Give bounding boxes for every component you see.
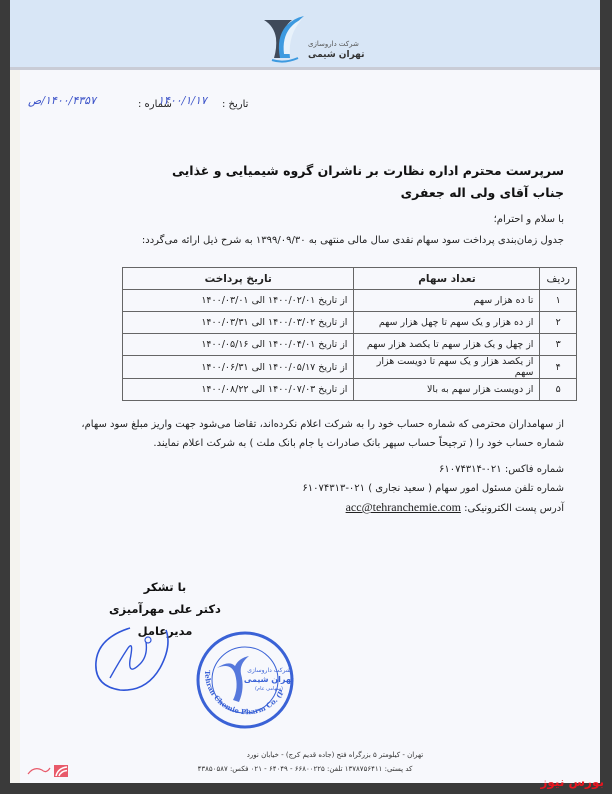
svg-text:تهران شیمی: تهران شیمی [244, 675, 294, 684]
fax-number: شماره فاکس: ۰۲۱-۶۱۰۷۴۳۱۴ [302, 460, 564, 479]
letter-meta: ۱۴۰۰/۴۳۵۷/ص شماره : ۱۴۰۰/۱/۱۷ تاریخ : [10, 94, 600, 118]
letter-date-label: تاریخ : [222, 99, 248, 110]
company-name-small: شرکت داروسازی [308, 40, 388, 48]
table-row: ۱ تا ده هزار سهم از تاریخ ۱۴۰۰/۰۲/۰۱ الی… [123, 290, 577, 312]
letter-footer: تهران - کیلومتر ۵ بزرگراه فتح (جاده قدیم… [10, 748, 600, 776]
letter-page: شرکت داروسازی تهران شیمی ۱۴۰۰/۴۳۵۷/ص شما… [10, 0, 600, 783]
greeting: با سلام و احترام؛ [494, 214, 564, 225]
email-row: آدرس پست الکترونیکی: acc@tehranchemie.co… [302, 498, 564, 518]
table-row: ۲ از ده هزار و یک سهم تا چهل هزار سهم از… [123, 312, 577, 334]
bourse-news-logo-icon [24, 762, 72, 780]
table-row: ۳ از چهل و یک هزار سهم تا یکصد هزار سهم … [123, 334, 577, 356]
row-payment-date: از تاریخ ۱۴۰۰/۰۴/۰۱ الی ۱۴۰۰/۰۵/۱۶ [123, 334, 354, 356]
row-payment-date: از تاریخ ۱۴۰۰/۰۲/۰۱ الی ۱۴۰۰/۰۳/۰۱ [123, 290, 354, 312]
viewer-bottom-edge [0, 783, 612, 794]
svg-text:شرکت داروسازی: شرکت داروسازی [247, 667, 291, 674]
signature-icon [90, 620, 180, 695]
recipient-block: سرپرست محترم اداره نظارت بر ناشران گروه … [172, 160, 564, 204]
viewer-right-edge [600, 0, 612, 794]
row-number: ۱ [540, 290, 577, 312]
header-payment-date: تاریخ پرداخت [123, 268, 354, 290]
footer-contact: کد پستی: ۱۳۷۸۷۵۶۴۱۱ تلفن: ۶۶۸۰۰۲۲۵ - ۶۴۰… [10, 762, 600, 776]
row-number: ۳ [540, 334, 577, 356]
company-stamp-icon: شرکت داروسازی تهران شیمی (سهامی عام) Teh… [195, 630, 295, 730]
row-number: ۵ [540, 379, 577, 401]
recipient-name: جناب آقای ولی اله جعفری [172, 182, 564, 204]
email-link[interactable]: acc@tehranchemie.com [346, 500, 461, 514]
source-watermark: بورس نیوز [540, 775, 604, 789]
contact-info: شماره فاکس: ۰۲۱-۶۱۰۷۴۳۱۴ شماره تلفن مسئو… [302, 460, 564, 518]
row-payment-date: از تاریخ ۱۴۰۰/۰۷/۰۳ الی ۱۴۰۰/۰۸/۲۲ [123, 379, 354, 401]
tehran-chemie-logo-icon [262, 14, 306, 64]
row-shares: از دویست هزار سهم به بالا [354, 379, 540, 401]
row-number: ۲ [540, 312, 577, 334]
table-row: ۵ از دویست هزار سهم به بالا از تاریخ ۱۴۰… [123, 379, 577, 401]
table-header-row: ردیف تعداد سهام تاریخ پرداخت [123, 268, 577, 290]
signer-name: دکتر علی مهرآمیزی [90, 598, 240, 620]
letter-date-value: ۱۴۰۰/۱/۱۷ [158, 94, 207, 107]
row-shares: از چهل و یک هزار سهم تا یکصد هزار سهم [354, 334, 540, 356]
header-row-number: ردیف [540, 268, 577, 290]
signoff-thanks: با تشکر [90, 576, 240, 598]
recipient-title: سرپرست محترم اداره نظارت بر ناشران گروه … [172, 160, 564, 182]
notice-line-1: از سهامداران محترمی که شماره حساب خود را… [44, 415, 564, 434]
row-payment-date: از تاریخ ۱۴۰۰/۰۵/۱۷ الی ۱۴۰۰/۰۶/۳۱ [123, 356, 354, 379]
row-shares: از یکصد هزار و یک سهم تا دویست هزار سهم [354, 356, 540, 379]
email-label: آدرس پست الکترونیکی: [464, 503, 564, 514]
letterhead: شرکت داروسازی تهران شیمی [10, 0, 600, 70]
account-notice: از سهامداران محترمی که شماره حساب خود را… [44, 415, 564, 453]
company-brand: شرکت داروسازی تهران شیمی [308, 40, 388, 60]
intro-text: جدول زمان‌بندی پرداخت سود سهام نقدی سال … [142, 235, 564, 246]
notice-line-2: شماره حساب خود را ( ترجیحاً حساب سپهر با… [44, 434, 564, 453]
table-row: ۴ از یکصد هزار و یک سهم تا دویست هزار سه… [123, 356, 577, 379]
letter-number-value: ۱۴۰۰/۴۳۵۷/ص [28, 94, 96, 107]
footer-address: تهران - کیلومتر ۵ بزرگراه فتح (جاده قدیم… [10, 748, 600, 762]
row-shares: از ده هزار و یک سهم تا چهل هزار سهم [354, 312, 540, 334]
header-shares: تعداد سهام [354, 268, 540, 290]
row-payment-date: از تاریخ ۱۴۰۰/۰۳/۰۲ الی ۱۴۰۰/۰۳/۳۱ [123, 312, 354, 334]
company-name: تهران شیمی [308, 50, 388, 60]
shares-officer-phone: شماره تلفن مسئول امور سهام ( سعید نجاری … [302, 479, 564, 498]
row-number: ۴ [540, 356, 577, 379]
dividend-schedule-table: ردیف تعداد سهام تاریخ پرداخت ۱ تا ده هزا… [122, 267, 577, 401]
row-shares: تا ده هزار سهم [354, 290, 540, 312]
